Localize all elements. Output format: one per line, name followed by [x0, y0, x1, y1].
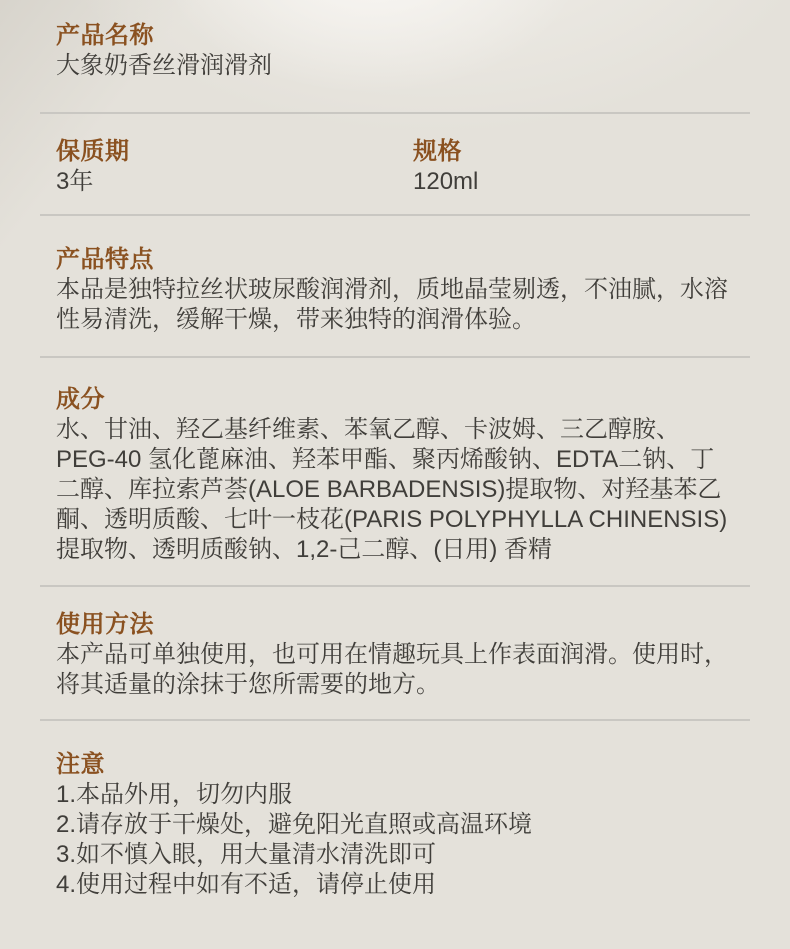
- shelf-life-title: 保质期: [56, 137, 413, 167]
- section-divider: [40, 585, 750, 587]
- product-name-value: 大象奶香丝滑润滑剂: [56, 51, 734, 81]
- note-item: 2.请存放于干燥处，避免阳光直照或高温环境: [56, 810, 734, 840]
- shelf-life-value: 3年: [56, 167, 413, 197]
- notes-title: 注意: [56, 750, 734, 780]
- note-item: 1.本品外用，切勿内服: [56, 780, 734, 810]
- section-meta: 保质期 3年 规格 120ml: [0, 137, 790, 197]
- section-notes: 注意 1.本品外用，切勿内服 2.请存放于干燥处，避免阳光直照或高温环境 3.如…: [0, 750, 790, 900]
- shelf-life-block: 保质期 3年: [56, 137, 413, 197]
- spec-title: 规格: [413, 137, 734, 167]
- spec-block: 规格 120ml: [413, 137, 734, 197]
- product-name-title: 产品名称: [56, 21, 734, 51]
- product-info-page: 产品名称 大象奶香丝滑润滑剂 保质期 3年 规格 120ml 产品特点 本品是独…: [0, 0, 790, 949]
- note-item: 4.使用过程中如有不适，请停止使用: [56, 870, 734, 900]
- section-divider: [40, 112, 750, 114]
- usage-text: 本产品可单独使用，也可用在情趣玩具上作表面润滑。使用时，将其适量的涂抹于您所需要…: [56, 640, 734, 700]
- section-usage: 使用方法 本产品可单独使用，也可用在情趣玩具上作表面润滑。使用时，将其适量的涂抹…: [0, 610, 790, 700]
- section-ingredients: 成分 水、甘油、羟乙基纤维素、苯氧乙醇、卡波姆、三乙醇胺、PEG-40 氢化蓖麻…: [0, 385, 790, 565]
- note-item: 3.如不慎入眼，用大量清水清洗即可: [56, 840, 734, 870]
- ingredients-title: 成分: [56, 385, 734, 415]
- section-features: 产品特点 本品是独特拉丝状玻尿酸润滑剂，质地晶莹剔透，不油腻，水溶性易清洗，缓解…: [0, 245, 790, 335]
- section-divider: [40, 719, 750, 721]
- section-divider: [40, 356, 750, 358]
- ingredients-text: 水、甘油、羟乙基纤维素、苯氧乙醇、卡波姆、三乙醇胺、PEG-40 氢化蓖麻油、羟…: [56, 415, 734, 565]
- spec-value: 120ml: [413, 167, 734, 197]
- features-text: 本品是独特拉丝状玻尿酸润滑剂，质地晶莹剔透，不油腻，水溶性易清洗，缓解干燥，带来…: [56, 275, 734, 335]
- usage-title: 使用方法: [56, 610, 734, 640]
- features-title: 产品特点: [56, 245, 734, 275]
- section-divider: [40, 214, 750, 216]
- section-product-name: 产品名称 大象奶香丝滑润滑剂: [0, 0, 790, 81]
